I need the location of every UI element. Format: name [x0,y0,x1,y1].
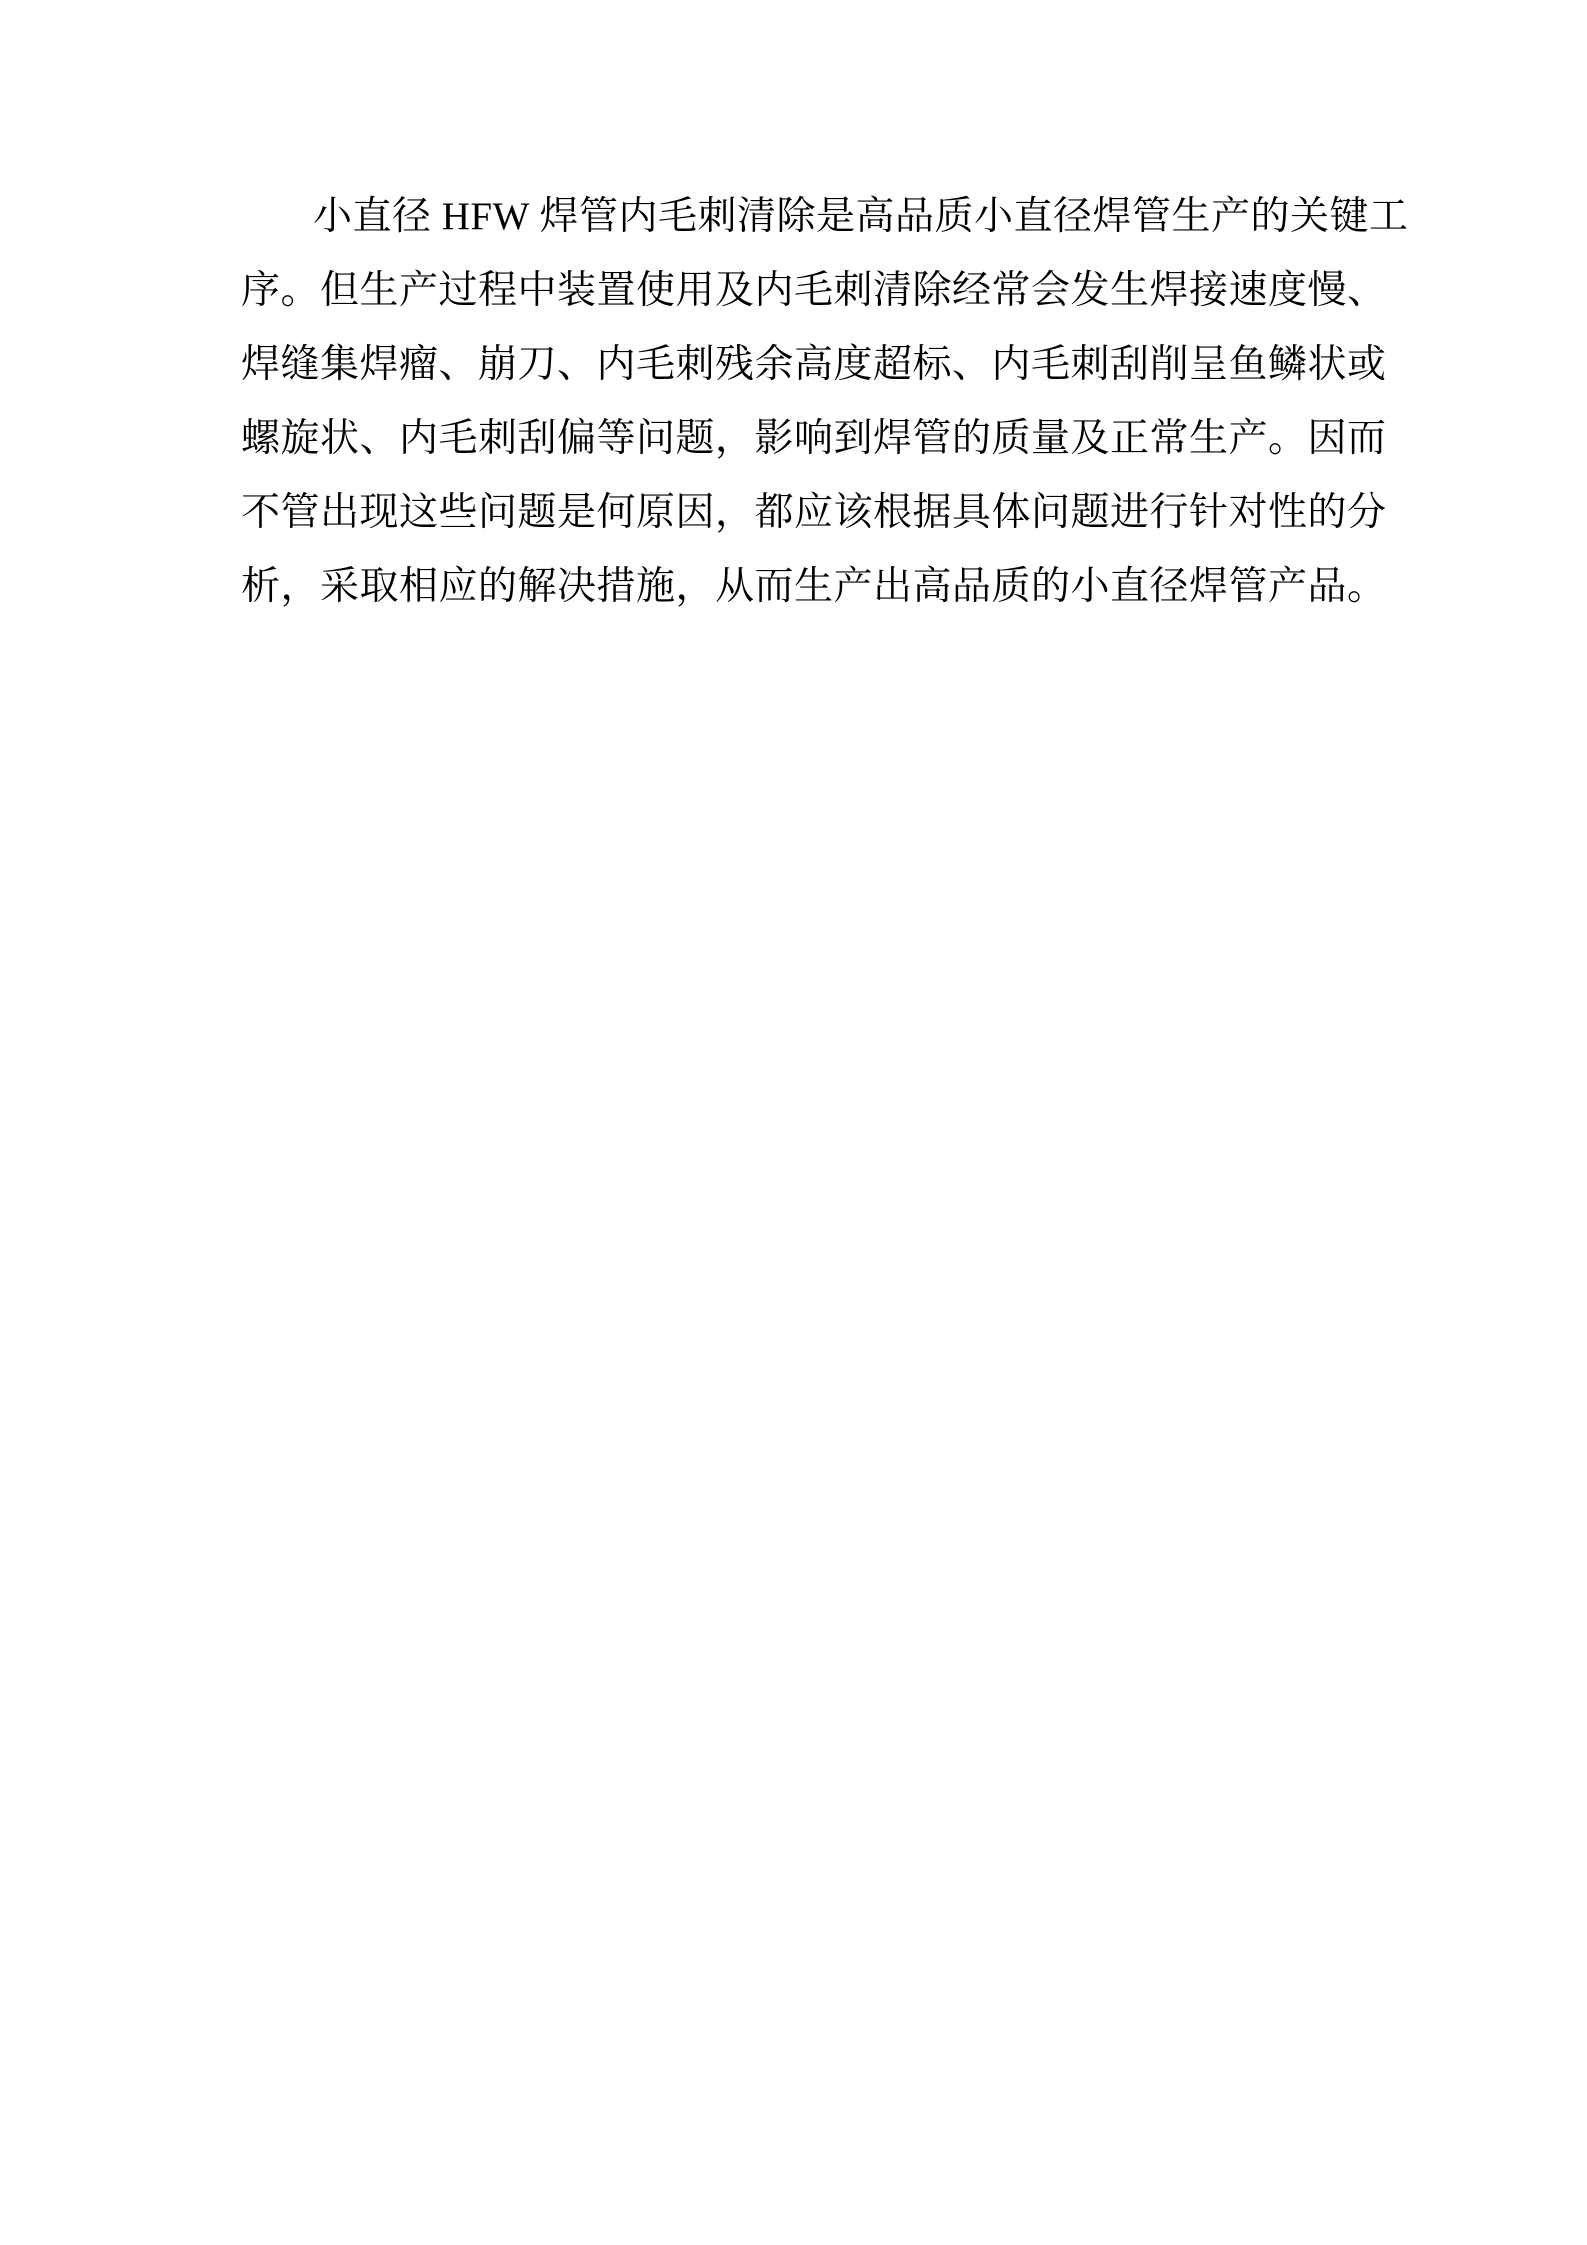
text-line: 序。但生产过程中装置使用及内毛刺清除经常会发生焊接速度慢、 [241,254,1321,328]
text-line: 螺旋状、内毛刺刮偏等问题，影响到焊管的质量及正常生产。因而 [241,402,1321,476]
text-line: 小直径 HFW 焊管内毛刺清除是高品质小直径焊管生产的关键工 [241,180,1321,254]
document-page: 小直径 HFW 焊管内毛刺清除是高品质小直径焊管生产的关键工 序。但生产过程中装… [0,0,1587,2245]
body-text-paragraph: 小直径 HFW 焊管内毛刺清除是高品质小直径焊管生产的关键工 序。但生产过程中装… [241,180,1321,624]
text-line: 不管出现这些问题是何原因，都应该根据具体问题进行针对性的分 [241,476,1321,550]
text-line: 析，采取相应的解决措施，从而生产出高品质的小直径焊管产品。 [241,550,1321,624]
text-line: 焊缝集焊瘤、崩刀、内毛刺残余高度超标、内毛刺刮削呈鱼鳞状或 [241,328,1321,402]
